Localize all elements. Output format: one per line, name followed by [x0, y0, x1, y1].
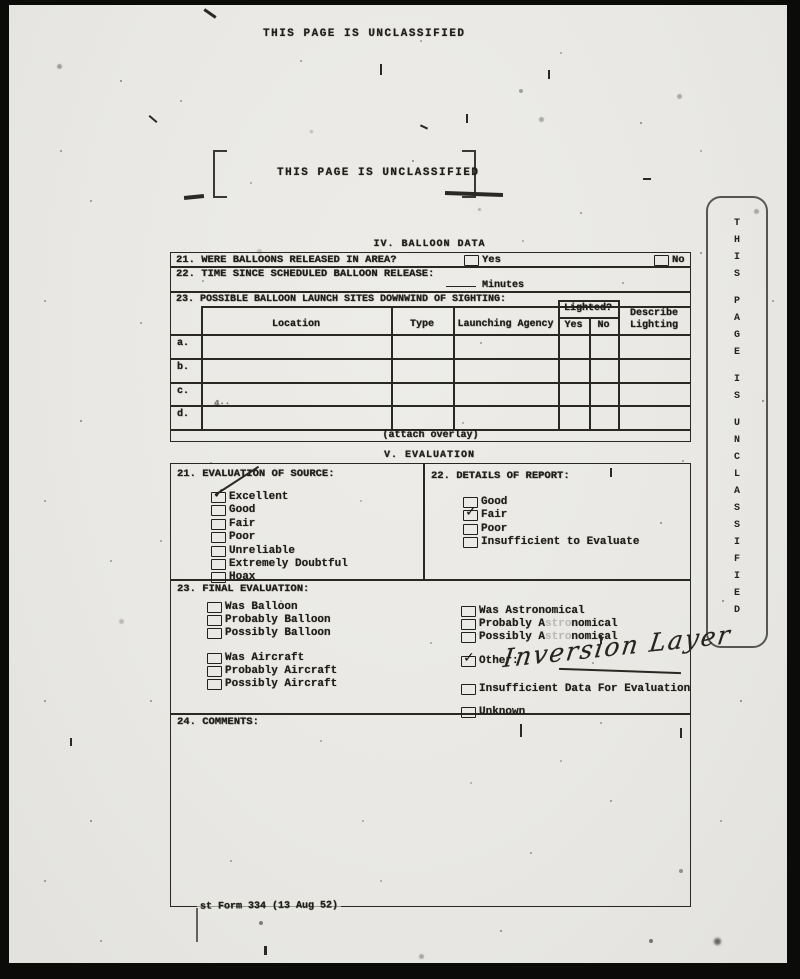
col-header-type: Type [391, 319, 453, 330]
option-label: Poor [481, 523, 507, 535]
q21-no-checkbox [654, 255, 669, 266]
scan-artifact [610, 468, 612, 477]
checkbox-possibly-aircraft [207, 679, 222, 690]
q22-label: 22. TIME SINCE SCHEDULED BALLOON RELEASE… [176, 268, 434, 280]
checkbox-was-aircraft [207, 653, 222, 664]
col-header-location: Location [201, 319, 391, 330]
option-label: Unknown [479, 706, 525, 718]
table-line [558, 300, 618, 302]
q21-no-label: No [672, 254, 685, 266]
option-label: Was Astronomical [479, 605, 585, 617]
checkbox-unknown [461, 707, 476, 718]
table-line [171, 713, 690, 715]
option-label: Was Balloon [225, 601, 298, 613]
checkbox-probably-aircraft [207, 666, 222, 677]
side-tab-unclassified: THISPAGEISUNCLASSIFIED [706, 196, 768, 648]
table-row-label-b: b. [177, 362, 189, 373]
table-line [171, 334, 690, 336]
option-label: Probably Balloon [225, 614, 331, 626]
col-header-agency: Launching Agency [453, 319, 558, 330]
scan-artifact [149, 115, 158, 123]
section-v-title: V. EVALUATION [170, 450, 689, 461]
col-header-describe-1: Describe [618, 308, 690, 319]
option-label: Fair [229, 518, 255, 530]
option-label: Insufficient to Evaluate [481, 536, 639, 548]
option-label: Probably Aircraft [225, 665, 337, 677]
handwriting-underline [559, 668, 681, 674]
table-row-label-d: d. [177, 409, 189, 420]
option-label: Possibly Balloon [225, 627, 331, 639]
section-iv-title: IV. BALLOON DATA [170, 239, 689, 250]
scan-artifact [70, 738, 72, 746]
option-label: Was Aircraft [225, 652, 304, 664]
option-label: Good [229, 504, 255, 516]
option-label: Probably Astronomical [479, 618, 618, 630]
option-label: Possibly Aircraft [225, 678, 337, 690]
option-label-faded: stro [545, 618, 571, 630]
checkbox-poor-details [463, 524, 478, 535]
scan-artifact [196, 908, 198, 942]
scan-artifact [184, 194, 204, 200]
scan-artifact [420, 124, 428, 129]
scan-artifact [203, 8, 216, 18]
comments-label: 24. COMMENTS: [177, 716, 259, 728]
checkbox-insufficient-evaluate [463, 537, 478, 548]
checkbox-extremely-doubtful [211, 559, 226, 570]
scan-edge-right [787, 0, 800, 979]
q22-minutes-field: Minutes [446, 278, 524, 291]
unclassified-stamp-boxed: THIS PAGE IS UNCLASSIFIED [277, 167, 480, 179]
checkbox-hoax [211, 572, 226, 583]
checkbox-insufficient-data [461, 684, 476, 695]
scan-artifact [380, 64, 382, 75]
checkbox-probably-balloon [207, 615, 222, 626]
option-label: Fair [481, 509, 507, 521]
scan-edge-bottom [0, 963, 800, 979]
scan-artifact [520, 724, 522, 737]
option-label: Unreliable [229, 545, 295, 557]
checkbox-probably-astronomical [461, 619, 476, 630]
checkbox-unreliable [211, 546, 226, 557]
option-label-part: nomical [571, 618, 617, 630]
checkbox-poor [211, 532, 226, 543]
option-label: Extremely Doubtful [229, 558, 348, 570]
table-line [423, 464, 425, 579]
checkbox-fair [211, 519, 226, 530]
evaluation-table: 21. EVALUATION OF SOURCE: Excellent Good… [170, 463, 691, 907]
checkbox-fair-details [463, 510, 478, 521]
q21-yes-checkbox [464, 255, 479, 266]
col-header-describe-2: Lighting [618, 320, 690, 331]
blank-line [446, 278, 476, 287]
form-number: st Form 334 (13 Aug 52) [197, 900, 341, 912]
option-label: Insufficient Data For Evaluation [479, 683, 690, 695]
table-line [558, 317, 618, 319]
col-header-yes: Yes [558, 320, 589, 331]
table-row-label-a: a. [177, 338, 189, 349]
col-header-lighted: Lighted? [558, 303, 618, 314]
q21-label: 21. WERE BALLOONS RELEASED IN AREA? [176, 254, 397, 266]
option-label-part: Was Astronomical [479, 605, 585, 617]
scanned-document-page: THIS PAGE IS UNCLASSIFIED THIS PAGE IS U… [0, 0, 800, 979]
table-line [171, 382, 690, 384]
option-label-part: Probably A [479, 618, 545, 630]
unclassified-stamp-top: THIS PAGE IS UNCLASSIFIED [263, 28, 466, 40]
balloon-data-table: 21. WERE BALLOONS RELEASED IN AREA? Yes … [170, 252, 691, 442]
col-header-no: No [589, 320, 618, 331]
q22-unit-label: Minutes [482, 280, 524, 291]
checkbox-was-astronomical [461, 606, 476, 617]
q23-label: 23. POSSIBLE BALLOON LAUNCH SITES DOWNWI… [176, 294, 506, 305]
details-report-label: 22. DETAILS OF REPORT: [431, 470, 570, 482]
final-evaluation-label: 23. FINAL EVALUATION: [177, 583, 309, 595]
q21-yes-label: Yes [482, 254, 501, 266]
scan-edge-top [0, 0, 800, 5]
scan-artifact [643, 178, 651, 180]
stray-pencil-mark: 4·· [214, 399, 230, 409]
checkbox-good [211, 505, 226, 516]
table-row-label-c: c. [177, 386, 189, 397]
stamp-bracket-left [213, 150, 227, 198]
table-line [171, 358, 690, 360]
checkbox-other [461, 656, 476, 667]
scan-edge-left [0, 0, 9, 979]
option-label: Good [481, 496, 507, 508]
scan-artifact [680, 728, 682, 738]
scan-artifact [548, 70, 550, 79]
table-line [589, 317, 591, 429]
scan-artifact [600, 635, 602, 644]
row-divider [171, 291, 690, 293]
option-label: Excellent [229, 491, 288, 503]
scan-artifact [264, 946, 267, 955]
option-label: Hoax [229, 571, 255, 583]
attach-overlay-note: (attach overlay) [171, 430, 690, 441]
table-line [171, 405, 690, 407]
eval-source-label: 21. EVALUATION OF SOURCE: [177, 468, 335, 480]
scan-artifact [466, 114, 468, 123]
option-label: Poor [229, 531, 255, 543]
checkbox-possibly-astronomical [461, 632, 476, 643]
checkbox-possibly-balloon [207, 628, 222, 639]
checkbox-was-balloon [207, 602, 222, 613]
